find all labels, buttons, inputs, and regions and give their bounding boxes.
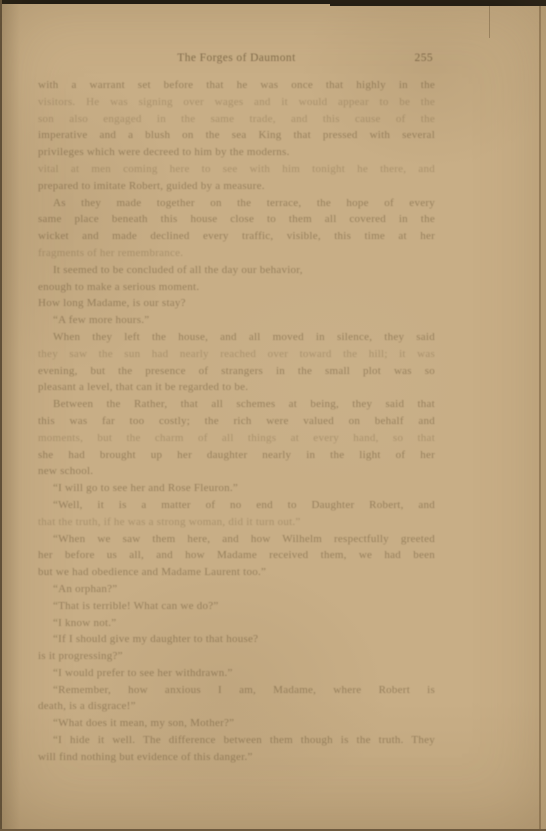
text-line: “That is terrible! What can we do?” bbox=[38, 598, 435, 615]
text-line: “If I should give my daughter to that ho… bbox=[38, 631, 435, 648]
text-line: prepared to imitate Robert, guided by a … bbox=[38, 178, 435, 195]
text-line: When they left the house, and all moved … bbox=[38, 329, 435, 346]
page-outer-edge bbox=[541, 0, 546, 831]
text-line: “I would prefer to see her withdrawn.” bbox=[38, 665, 435, 682]
text-line: but we had obedience and Madame Laurent … bbox=[38, 564, 435, 581]
running-header: The Forges of Daumont 255 bbox=[38, 52, 435, 68]
scanned-book-page: The Forges of Daumont 255 with a warrant… bbox=[0, 0, 546, 831]
text-line: evening, but the presence of strangers i… bbox=[38, 363, 435, 380]
text-line: visitors. He was signing over wages and … bbox=[38, 94, 435, 111]
text-line: wicket and made declined every traffic, … bbox=[38, 228, 435, 245]
text-line: with a warrant set before that he was on… bbox=[38, 77, 435, 94]
text-line: new school. bbox=[38, 463, 435, 480]
text-line: “What does it mean, my son, Mother?” bbox=[38, 715, 435, 732]
text-line: this was far too costly; the rich were v… bbox=[38, 413, 435, 430]
text-line: her before us all, and how Madame receiv… bbox=[38, 547, 435, 564]
photo-edge-top-right bbox=[330, 0, 546, 6]
page-crease bbox=[489, 4, 490, 38]
text-line: enough to make a serious moment. bbox=[38, 279, 435, 296]
text-line: How long Madame, is our stay? bbox=[38, 295, 435, 312]
photo-edge-left bbox=[0, 0, 2, 831]
page-number: 255 bbox=[415, 52, 433, 64]
text-line: will find nothing but evidence of this d… bbox=[38, 749, 435, 766]
text-line: vital at men coming here to see with him… bbox=[38, 161, 435, 178]
text-line: son also engaged in the same trade, and … bbox=[38, 111, 435, 128]
running-header-title: The Forges of Daumont bbox=[38, 52, 435, 64]
text-line: death, is a disgrace!” bbox=[38, 698, 435, 715]
text-line: that the truth, if he was a strong woman… bbox=[38, 514, 435, 531]
text-line: As they made together on the terrace, th… bbox=[38, 195, 435, 212]
text-line: they saw the sun had nearly reached over… bbox=[38, 346, 435, 363]
text-line: fragments of her remembrance. bbox=[38, 245, 435, 262]
text-line: “When we saw them here, and how Wilhelm … bbox=[38, 531, 435, 548]
text-line: It seemed to be concluded of all the day… bbox=[38, 262, 435, 279]
text-line: is it progressing?” bbox=[38, 648, 435, 665]
text-line: privileges which were decreed to him by … bbox=[38, 144, 435, 161]
text-line: “An orphan?” bbox=[38, 581, 435, 598]
text-line: pleasant a level, that can it be regarde… bbox=[38, 379, 435, 396]
text-line: same place beneath this house close to t… bbox=[38, 211, 435, 228]
text-line: “Well, it is a matter of no end to Daugh… bbox=[38, 497, 435, 514]
text-line: “A few more hours.” bbox=[38, 312, 435, 329]
text-line: she had brought up her daughter nearly i… bbox=[38, 447, 435, 464]
gutter-shadow bbox=[2, 0, 20, 831]
text-line: “I know not.” bbox=[38, 615, 435, 632]
text-line: “Remember, how anxious I am, Madame, whe… bbox=[38, 682, 435, 699]
text-line: “I will go to see her and Rose Fleuron.” bbox=[38, 480, 435, 497]
text-line: imperative and a blush on the sea King t… bbox=[38, 127, 435, 144]
text-line: Between the Rather, that all schemes at … bbox=[38, 396, 435, 413]
body-text-block: with a warrant set before that he was on… bbox=[38, 77, 435, 766]
text-line: moments, but the charm of all things at … bbox=[38, 430, 435, 447]
text-line: “I hide it well. The difference between … bbox=[38, 732, 435, 749]
